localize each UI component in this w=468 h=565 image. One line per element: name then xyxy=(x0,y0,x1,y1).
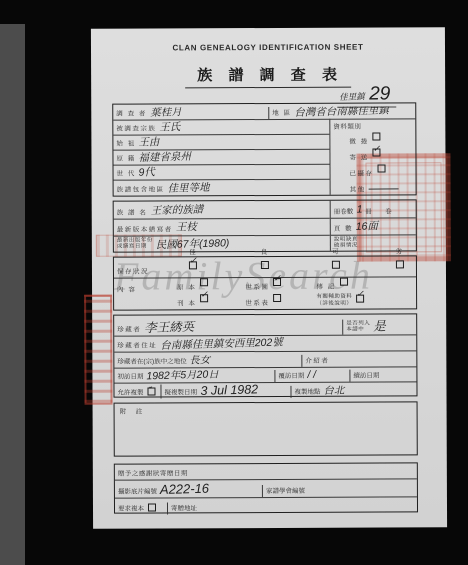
copy-location-value: 台北 xyxy=(321,385,344,398)
red-seal-stamp-vertical xyxy=(84,295,112,405)
keeper-address-label: 珍藏者住址 xyxy=(114,339,158,351)
checkbox-copy-requested xyxy=(148,503,156,511)
compiler-value: 王枝 xyxy=(174,222,197,235)
content-label: 內 容 xyxy=(114,278,162,295)
surveyor-value: 葉桂月 xyxy=(148,107,182,120)
field-keeper-position: 珍藏者在(宗)族中之地位 長女 xyxy=(114,354,301,367)
region-value: 台灣省台南縣佳里鎮 xyxy=(292,106,389,119)
scan-edge-strip xyxy=(0,24,25,565)
genealogy-title-value: 王家的族譜 xyxy=(148,205,203,219)
surveyor-label: 調 查 者 xyxy=(113,108,148,120)
remarks-label: 附 註 xyxy=(117,406,145,418)
clan-label: 被調查宗族 xyxy=(113,122,157,134)
field-preservation-status: 保存狀況 佳✓ 良 可 劣 xyxy=(114,256,416,277)
send-address-label: 寄贈地址 xyxy=(168,502,198,514)
first-visit-value: 1982年5月20日 xyxy=(144,369,219,382)
field-revisit: 覆訪日期 / / xyxy=(274,369,349,382)
printed-header: CLAN GENEALOGY IDENTIFICATION SHEET xyxy=(91,42,445,53)
content-col-3: 傳 記 有關輔助資料（詳後說明） ✓ xyxy=(313,278,366,308)
region-label: 地 區 xyxy=(269,107,292,119)
copy-location-label: 複製地點 xyxy=(291,386,321,398)
checkbox-mailed: ✓ xyxy=(373,149,381,157)
ancestor-label: 始 祖 xyxy=(113,138,136,150)
checkbox-status-ok xyxy=(332,261,340,269)
field-introducer: 介紹者 xyxy=(301,354,416,367)
data-category-box: 資料類別 微 捲 寄 送✓ 已攝存 其他 xyxy=(329,118,415,194)
checkbox-biography xyxy=(340,278,348,286)
volumes-unit-juan: 卷 xyxy=(382,205,394,217)
section-keeper-info: 珍藏者 李王綉英 是否列入本譜中 是 珍藏者住址 台南縣佳里鎮安西里202號 珍… xyxy=(113,313,417,397)
field-coverage: 族譜包含地區 佳里等地 xyxy=(114,179,330,196)
field-keeper-address: 珍藏者住址 台南縣佳里鎮安西里202號 xyxy=(114,334,416,351)
revisit-label: 覆訪日期 xyxy=(275,370,305,382)
film-number-label: 攝影底片編號 xyxy=(115,485,158,497)
origin-value: 福建省泉州 xyxy=(137,151,192,165)
content-col-2: 世系圖✓ 世系表 xyxy=(242,278,283,310)
option-mailed: 寄 送✓ xyxy=(346,148,415,164)
copy-permitted-label: 允許複製 xyxy=(114,387,144,399)
field-origin: 原 籍 福建省泉州 xyxy=(113,149,329,165)
data-category-label: 資料類別 xyxy=(330,120,415,132)
field-send-address: 寄贈地址 xyxy=(167,501,417,514)
option-other: 其他 xyxy=(347,180,416,196)
field-pages: 頁 數 16面 xyxy=(331,217,416,234)
planned-copy-date-value: 3 Jul 1982 xyxy=(198,383,258,398)
copy-requested-label: 要求複本 xyxy=(115,503,145,515)
clan-value: 王氏 xyxy=(157,122,180,135)
field-generations: 世 代 9代 xyxy=(114,164,330,180)
volumes-label: 冊卷數 xyxy=(331,206,355,218)
keeper-value: 李王綉英 xyxy=(142,320,194,335)
option-microfilm: 微 捲 xyxy=(346,132,415,148)
first-visit-label: 初訪日期 xyxy=(114,371,144,383)
origin-label: 原 籍 xyxy=(113,153,136,165)
field-copy-permitted: 允許複製 ✓ xyxy=(114,386,160,398)
publish-date-label: 最新出版年份或繕寫日期 xyxy=(114,236,154,251)
section-remarks: 附 註 xyxy=(114,401,418,456)
generations-label: 世 代 xyxy=(114,168,137,180)
field-compiler: 最新版本繕寫者 王枝 xyxy=(114,218,330,236)
field-society-number: 家譜學會編號 xyxy=(262,484,417,497)
ancestor-value: 王由 xyxy=(137,137,160,150)
included-value: 是 xyxy=(371,320,386,335)
society-number-label: 家譜學會編號 xyxy=(263,485,306,497)
film-number-value: A222-16 xyxy=(158,482,210,498)
checkbox-lineage-chart: ✓ xyxy=(273,278,281,286)
corner-number: 29 xyxy=(369,83,390,104)
keeper-position-value: 長女 xyxy=(188,354,211,367)
generations-value: 9代 xyxy=(137,167,156,180)
field-first-visit: 初訪日期 1982年5月20日 xyxy=(114,369,274,382)
option-photographed: 已攝存 xyxy=(347,164,416,180)
checkbox-original xyxy=(200,278,208,286)
field-copy-requested: 要求複本 xyxy=(115,502,167,514)
introducer-label: 介紹者 xyxy=(302,355,330,367)
field-content-types: 內 容 原 本 刊 本✓ 世系圖✓ 世系表 傳 記 有關輔助資料（詳後說明） ✓ xyxy=(114,276,416,309)
pages-label: 頁 數 xyxy=(331,222,354,234)
other-blank-line xyxy=(369,180,399,189)
field-region: 地 區 台灣省台南縣佳里鎮 xyxy=(268,106,415,119)
field-copy-location: 複製地點 台北 xyxy=(290,385,416,398)
field-followup-visit: 續訪日期 xyxy=(349,369,416,381)
preservation-label: 保存狀況 xyxy=(114,265,172,277)
checkbox-copy-permitted: ✓ xyxy=(147,387,155,395)
genealogy-title-label: 族 譜 名 xyxy=(114,206,149,218)
field-thankyou-date: 贈予之感謝狀寄贈日期 xyxy=(115,463,417,479)
volumes-unit-ce: 冊 xyxy=(362,205,374,217)
checkbox-printed-edition: ✓ xyxy=(200,294,208,302)
checkbox-status-good: ✓ xyxy=(189,261,197,269)
revisit-value: / / xyxy=(305,369,316,382)
field-keeper: 珍藏者 李王綉英 xyxy=(114,320,342,335)
field-included-in-genealogy: 是否列入本譜中 是 xyxy=(342,319,416,335)
section-condition-content: 保存狀況 佳✓ 良 可 劣 內 容 原 本 刊 本✓ 世系圖✓ 世系表 傳 記 … xyxy=(113,255,417,310)
checkbox-photographed xyxy=(378,164,386,172)
pages-value: 16面 xyxy=(354,222,379,235)
volumes-value: 1 xyxy=(354,205,362,218)
checkbox-status-fair xyxy=(261,261,269,269)
keeper-position-label: 珍藏者在(宗)族中之地位 xyxy=(114,355,187,367)
genealogy-form-page: CLAN GENEALOGY IDENTIFICATION SHEET 族 譜 … xyxy=(91,27,447,529)
section-basic-info: 調 查 者 葉桂月 地 區 台灣省台南縣佳里鎮 被調查宗族 王氏 始 祖 王由 … xyxy=(112,102,416,196)
section-office-use: 贈予之感謝狀寄贈日期 攝影底片編號 A222-16 家譜學會編號 要求複本 寄贈… xyxy=(114,462,418,513)
checkbox-supplementary: ✓ xyxy=(356,295,364,303)
checkbox-status-poor xyxy=(396,260,404,268)
included-label: 是否列入本譜中 xyxy=(343,319,371,334)
status-poor: 劣 xyxy=(392,240,416,276)
field-planned-copy-date: 擬複製日期 3 Jul 1982 xyxy=(160,383,290,398)
field-film-number: 攝影底片編號 A222-16 xyxy=(115,482,262,498)
field-clan: 被調查宗族 王氏 xyxy=(113,119,329,135)
field-volumes: 冊卷數 1 冊 卷 xyxy=(331,200,416,217)
checkbox-microfilm xyxy=(373,133,381,141)
field-genealogy-title: 族 譜 名 王家的族譜 xyxy=(114,201,330,219)
content-col-1: 原 本 刊 本✓ xyxy=(174,278,210,310)
compiler-label: 最新版本繕寫者 xyxy=(114,223,174,235)
supplementary-label: 有關輔助資料（詳後說明） xyxy=(313,293,353,308)
field-first-ancestor: 始 祖 王由 xyxy=(113,134,329,150)
status-good: 佳✓ xyxy=(186,241,210,277)
checkbox-lineage-table xyxy=(273,294,281,302)
planned-copy-date-label: 擬複製日期 xyxy=(161,386,198,398)
coverage-value: 佳里等地 xyxy=(165,182,209,196)
thankyou-date-label: 贈予之感謝狀寄贈日期 xyxy=(115,467,189,479)
followup-visit-label: 續訪日期 xyxy=(350,370,380,382)
field-surveyor: 調 查 者 葉桂月 xyxy=(113,107,268,120)
field-publish-date: 最新出版年份或繕寫日期 民國67年(1980) xyxy=(114,235,330,252)
keeper-label: 珍藏者 xyxy=(114,324,142,336)
status-ok: 可 xyxy=(329,241,353,277)
coverage-label: 族譜包含地區 xyxy=(114,183,166,195)
